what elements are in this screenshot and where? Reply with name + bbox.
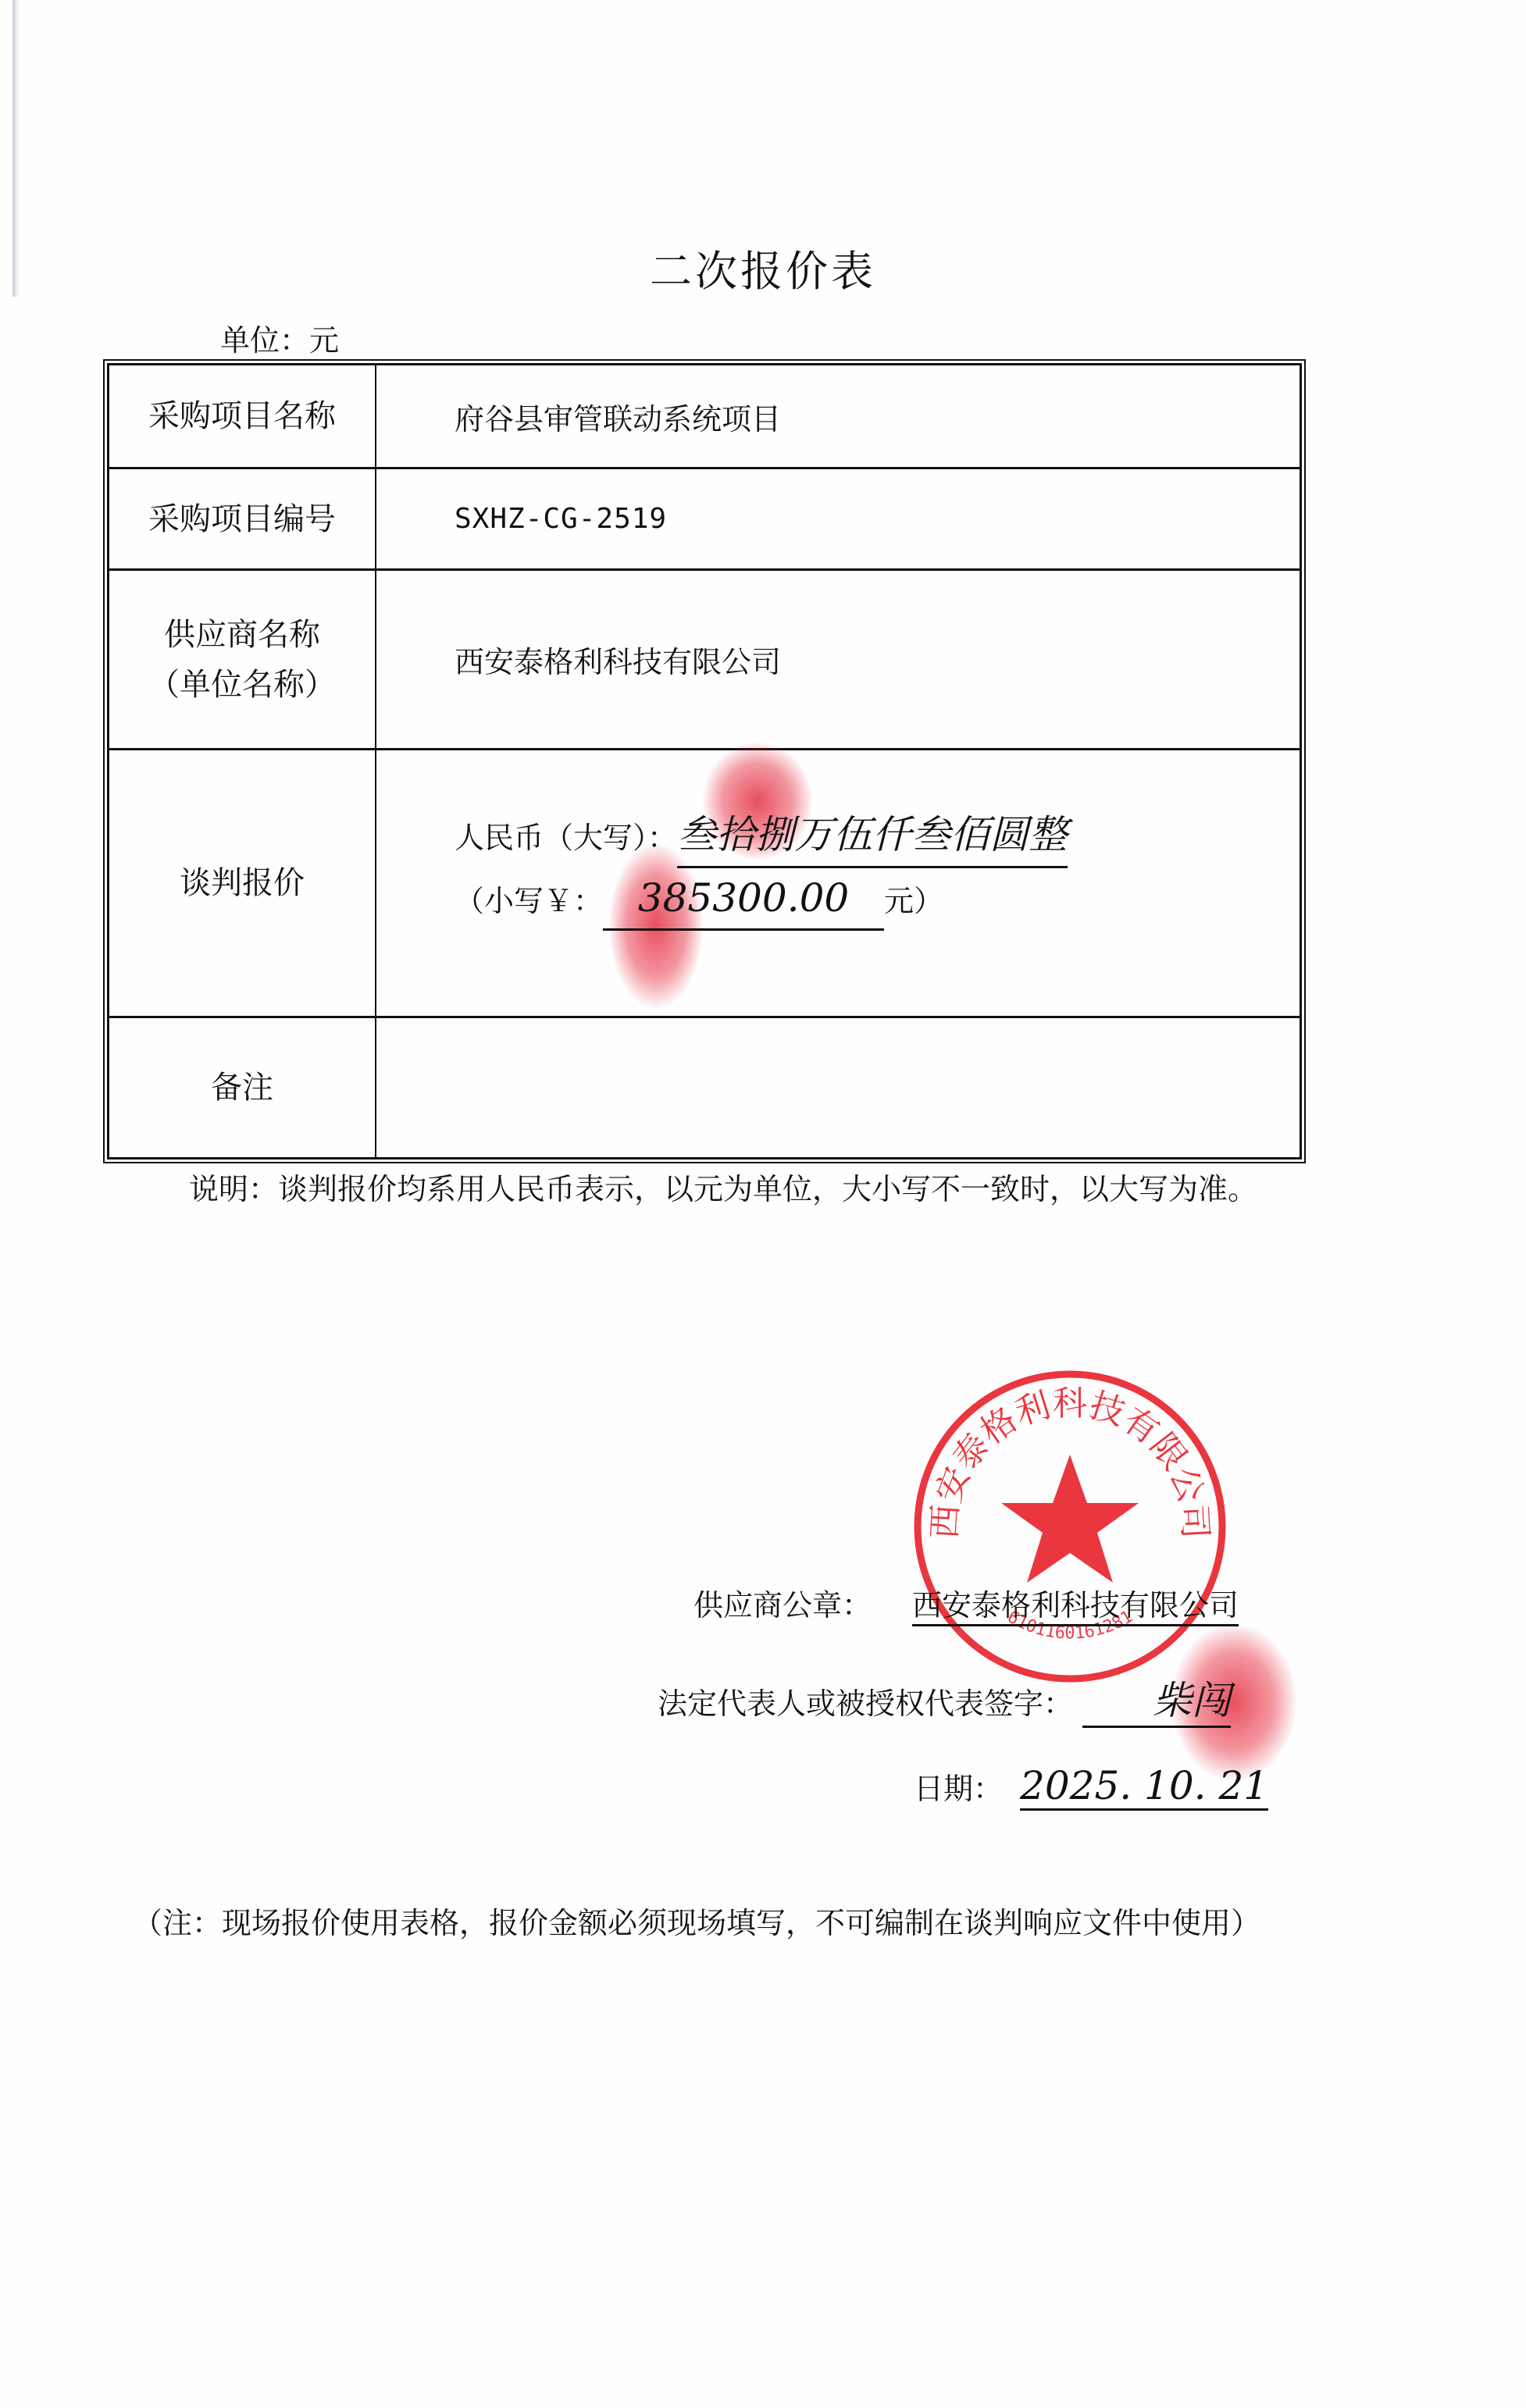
supplier-label-line2: （单位名称） [148, 660, 336, 710]
footnote: （注：现场报价使用表格，报价金额必须现场填写，不可编制在谈判响应文件中使用） [133, 1897, 1304, 1950]
seal-label: 供应商公章： [693, 1588, 872, 1623]
representative-signature-row: 法定代表人或被授权代表签字：柴闯 [658, 1669, 1231, 1728]
star-icon [1001, 1455, 1139, 1583]
lowercase-prefix: （小写￥： [455, 884, 603, 918]
table-row-project-number: 采购项目编号 SXHZ-CG-2519 [109, 469, 1300, 571]
project-name-value: 府谷县审管联动系统项目 [376, 365, 1300, 467]
seal-value-field[interactable]: 西安泰格利科技有限公司 [912, 1581, 1239, 1626]
quote-amount-block: 人民币（大写）：叁拾捌万伍仟叁佰圆整 （小写￥：385300.00元） [455, 805, 1068, 931]
table-row-project-name: 采购项目名称 府谷县审管联动系统项目 [109, 365, 1300, 469]
table-row-quote: 谈判报价 人民币（大写）：叁拾捌万伍仟叁佰圆整 （小写￥：385300.00元） [109, 750, 1300, 1018]
date-label: 日期： [914, 1772, 1003, 1806]
explanation-note: 说明：谈判报价均系用人民币表示，以元为单位，大小写不一致时，以大写为准。 [142, 1163, 1306, 1216]
table-row-supplier-name: 供应商名称 （单位名称） 西安泰格利科技有限公司 [109, 571, 1300, 750]
supplier-seal-row: 供应商公章：西安泰格利科技有限公司 [693, 1581, 1239, 1626]
table-row-remarks: 备注 [109, 1018, 1300, 1157]
quotation-table: 采购项目名称 府谷县审管联动系统项目 采购项目编号 SXHZ-CG-2519 供… [107, 363, 1302, 1159]
row-label: 采购项目编号 [109, 469, 376, 568]
row-label: 采购项目名称 [109, 365, 376, 467]
uppercase-prefix: 人民币（大写）： [455, 821, 677, 855]
lowercase-amount-field[interactable]: 385300.00 [603, 868, 884, 931]
date-row: 日期：2025. 10. 21 [914, 1763, 1268, 1811]
rep-signature-field[interactable]: 柴闯 [1082, 1669, 1231, 1728]
row-label: 供应商名称 （单位名称） [109, 571, 376, 748]
uppercase-amount-line: 人民币（大写）：叁拾捌万伍仟叁佰圆整 [455, 805, 1068, 868]
lowercase-amount-line: （小写￥：385300.00元） [455, 868, 1068, 931]
row-label: 备注 [109, 1018, 376, 1157]
row-label: 谈判报价 [109, 750, 376, 1016]
company-seal-stamp: 西安泰格利科技有限公司 6101160161281 [906, 1363, 1234, 1690]
document-title: 二次报价表 [0, 238, 1526, 298]
date-field[interactable]: 2025. 10. 21 [1020, 1763, 1268, 1811]
rep-label: 法定代表人或被授权代表签字： [658, 1687, 1073, 1721]
remarks-value[interactable] [376, 1018, 1300, 1157]
supplier-label-line1: 供应商名称 [164, 610, 320, 660]
unit-label: 单位：元 [220, 316, 339, 359]
supplier-name-value: 西安泰格利科技有限公司 [376, 571, 1300, 748]
uppercase-amount-field[interactable]: 叁拾捌万伍仟叁佰圆整 [677, 805, 1068, 868]
lowercase-suffix: 元） [884, 884, 943, 918]
project-number-value: SXHZ-CG-2519 [376, 469, 1300, 568]
